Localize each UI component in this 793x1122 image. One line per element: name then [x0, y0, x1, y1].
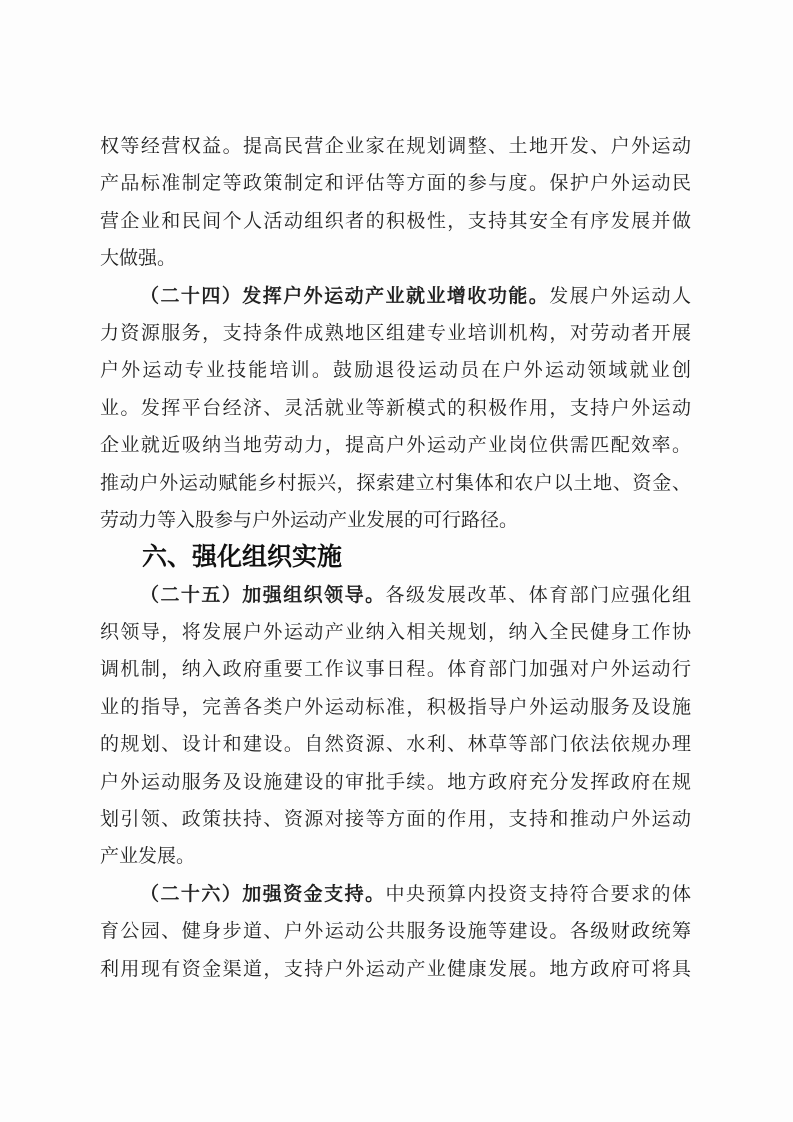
text-line: 划引领、政策扶持、资源对接等方面的作用，支持和推动户外运动 — [100, 801, 691, 838]
text-line: 织领导，将发展户外运动产业纳入相关规划，纳入全民健身工作协 — [100, 614, 691, 651]
text-line: 推动户外运动赋能乡村振兴，探索建立村集体和农户以土地、资金、 — [100, 465, 691, 502]
text-line: 营企业和民间个人活动组织者的积极性，支持其安全有序发展并做 — [100, 203, 691, 240]
paragraph: （二十四）发挥户外运动产业就业增收功能。发展户外运动人 力资源服务，支持条件成熟… — [100, 278, 691, 540]
text-line: 权等经营权益。提高民营企业家在规划调整、土地开发、户外运动 — [100, 128, 691, 165]
paragraph-lead-rest: 各级发展改革、体育部门应强化组 — [386, 585, 691, 606]
text-line: 户外运动服务及设施建设的审批手续。地方政府充分发挥政府在规 — [100, 764, 691, 801]
paragraph-lead: （二十四）发挥户外运动产业就业增收功能。 — [140, 286, 549, 307]
paragraph: （二十六）加强资金支持。中央预算内投资支持符合要求的体 育公园、健身步道、户外运… — [100, 876, 691, 988]
text-line: 利用现有资金渠道，支持户外运动产业健康发展。地方政府可将具 — [100, 951, 691, 988]
paragraph-lead: （二十五）加强组织领导。 — [140, 585, 386, 606]
text-line: （二十四）发挥户外运动产业就业增收功能。发展户外运动人 — [100, 278, 691, 315]
text-line: 产业发展。 — [100, 838, 691, 875]
text-line: 业的指导，完善各类户外运动标准，积极指导户外运动服务及设施 — [100, 689, 691, 726]
text-line: 企业就近吸纳当地劳动力，提高户外运动产业岗位供需匹配效率。 — [100, 427, 691, 464]
document-page: 权等经营权益。提高民营企业家在规划调整、土地开发、户外运动 产品标准制定等政策制… — [0, 0, 793, 1122]
text-line: 大做强。 — [100, 240, 691, 277]
text-line: 力资源服务，支持条件成熟地区组建专业培训机构，对劳动者开展 — [100, 315, 691, 352]
text-line: 户外运动专业技能培训。鼓励退役运动员在户外运动领域就业创 — [100, 352, 691, 389]
text-column: 权等经营权益。提高民营企业家在规划调整、土地开发、户外运动 产品标准制定等政策制… — [100, 128, 691, 988]
paragraph: （二十五）加强组织领导。各级发展改革、体育部门应强化组 织领导，将发展户外运动产… — [100, 577, 691, 876]
section-heading: 六、强化组织实施 — [100, 539, 691, 576]
paragraph-lead-rest: 中央预算内投资支持符合要求的体 — [386, 884, 691, 905]
paragraph-lead: （二十六）加强资金支持。 — [140, 884, 386, 905]
text-line: 业。发挥平台经济、灵活就业等新模式的积极作用，支持户外运动 — [100, 390, 691, 427]
paragraph: 权等经营权益。提高民营企业家在规划调整、土地开发、户外运动 产品标准制定等政策制… — [100, 128, 691, 278]
text-line: 产品标准制定等政策制定和评估等方面的参与度。保护户外运动民 — [100, 165, 691, 202]
text-line: 调机制，纳入政府重要工作议事日程。体育部门加强对户外运动行 — [100, 651, 691, 688]
paragraph-lead-rest: 发展户外运动人 — [549, 286, 691, 307]
text-line: 育公园、健身步道、户外运动公共服务设施等建设。各级财政统筹 — [100, 913, 691, 950]
text-line: （二十五）加强组织领导。各级发展改革、体育部门应强化组 — [100, 577, 691, 614]
text-line: 劳动力等入股参与户外运动产业发展的可行路径。 — [100, 502, 691, 539]
text-line: 的规划、设计和建设。自然资源、水利、林草等部门依法依规办理 — [100, 726, 691, 763]
text-line: （二十六）加强资金支持。中央预算内投资支持符合要求的体 — [100, 876, 691, 913]
